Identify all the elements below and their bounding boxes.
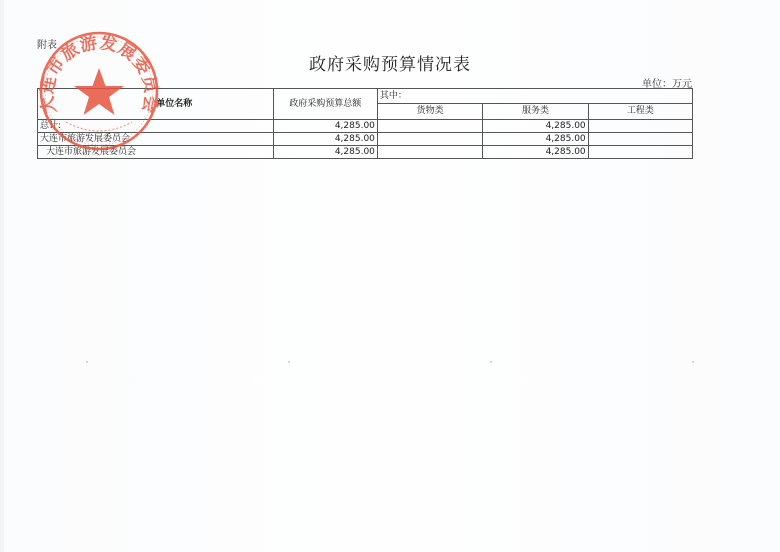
document-page: 附表 政府采购预算情况表 单位：万元 单位名称 政府采购预算总额 其中： 货物类… <box>0 0 780 552</box>
cell-services: 4,285.00 <box>483 146 588 159</box>
cell-engineering <box>588 133 692 146</box>
header-services: 服务类 <box>483 104 588 120</box>
table-row: 大连市旅游发展委员会 4,285.00 4,285.00 <box>38 146 693 159</box>
cell-goods <box>377 146 482 159</box>
table-row-total: 总计: 4,285.00 4,285.00 <box>38 120 693 133</box>
cell-total: 4,285.00 <box>273 120 377 133</box>
cell-services: 4,285.00 <box>483 133 588 146</box>
scan-edge <box>0 0 4 552</box>
cell-name: 总计: <box>38 120 274 133</box>
scan-mark <box>490 361 492 363</box>
cell-goods <box>377 133 482 146</box>
table-row: 大连市旅游发展委员会 4,285.00 4,285.00 <box>38 133 693 146</box>
cell-name: 大连市旅游发展委员会 <box>38 146 274 159</box>
procurement-budget-table: 单位名称 政府采购预算总额 其中： 货物类 服务类 工程类 总计: 4,285.… <box>37 88 693 159</box>
cell-name: 大连市旅游发展委员会 <box>38 133 274 146</box>
cell-engineering <box>588 146 692 159</box>
document-title: 政府采购预算情况表 <box>0 50 780 75</box>
header-goods: 货物类 <box>377 104 482 120</box>
header-total: 政府采购预算总额 <box>273 89 377 120</box>
cell-goods <box>377 120 482 133</box>
header-unit-name: 单位名称 <box>38 89 274 120</box>
cell-engineering <box>588 120 692 133</box>
header-of-which: 其中： <box>377 89 692 104</box>
cell-total: 4,285.00 <box>273 133 377 146</box>
table-header-row: 单位名称 政府采购预算总额 其中： <box>38 89 693 104</box>
scan-mark <box>288 361 290 363</box>
header-engineering: 工程类 <box>588 104 692 120</box>
scan-mark <box>86 361 88 363</box>
appendix-label: 附表 <box>37 36 57 51</box>
cell-services: 4,285.00 <box>483 120 588 133</box>
scan-mark <box>692 361 694 363</box>
cell-total: 4,285.00 <box>273 146 377 159</box>
